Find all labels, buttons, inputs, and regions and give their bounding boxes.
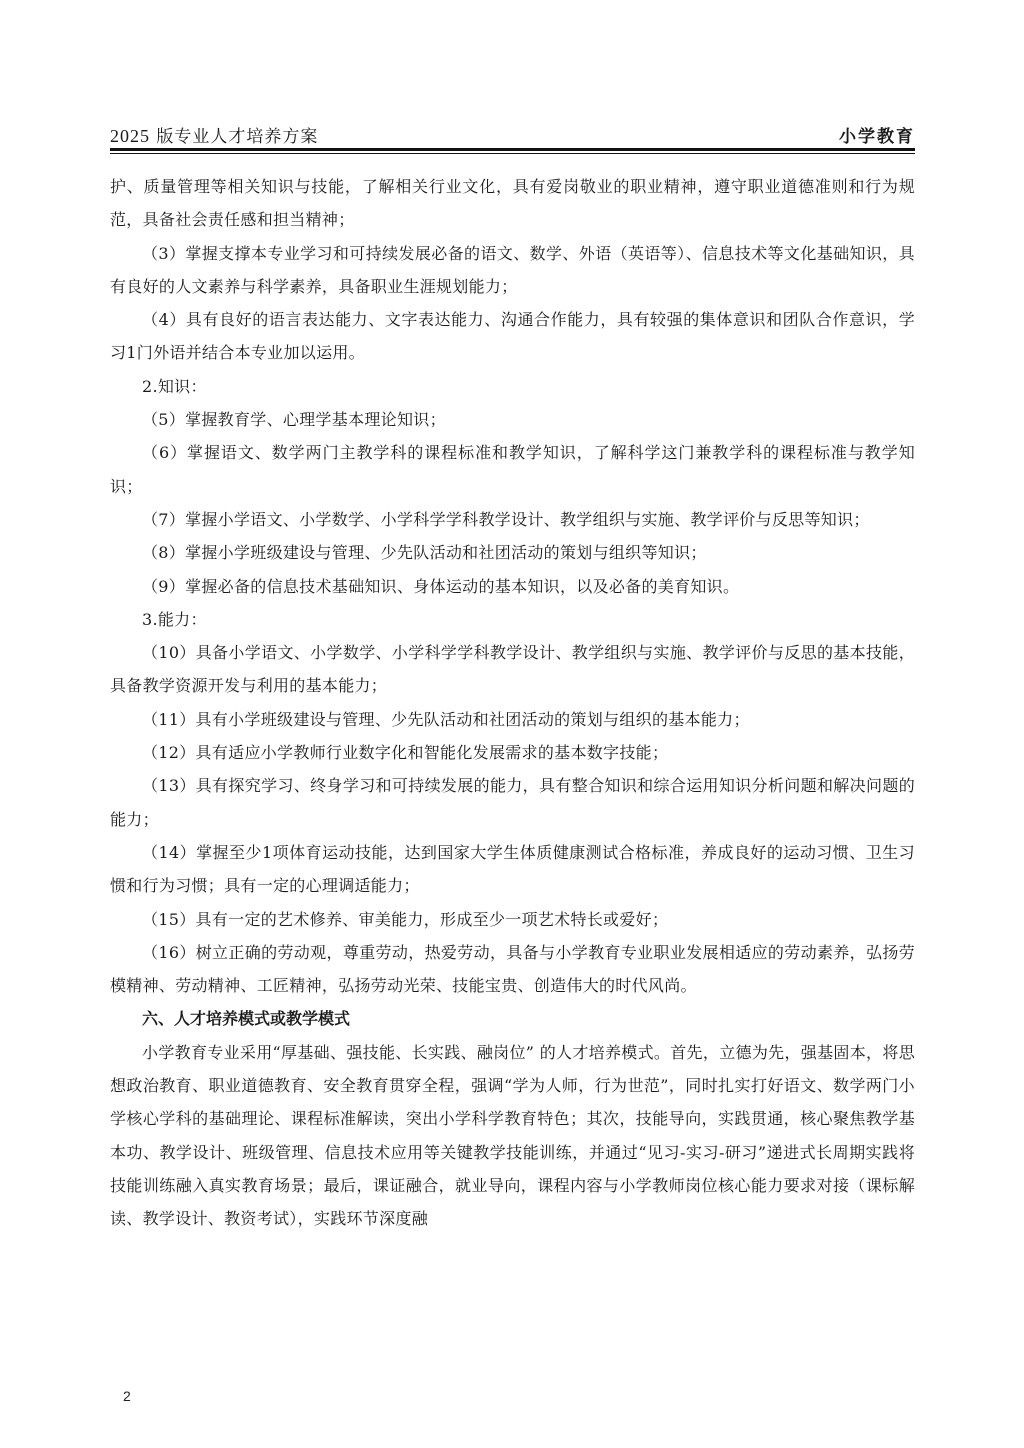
list-item-4: （4）具有良好的语言表达能力、文字表达能力、沟通合作能力，具有较强的集体意识和团… bbox=[110, 303, 915, 370]
list-item-15: （15）具有一定的艺术修养、审美能力，形成至少一项艺术特长或爱好； bbox=[110, 903, 915, 936]
page-body: 护、质量管理等相关知识与技能，了解相关行业文化，具有爱岗敬业的职业精神，遵守职业… bbox=[110, 170, 915, 1236]
header-major-name: 小学教育 bbox=[839, 122, 915, 147]
section-6-paragraph: 小学教育专业采用“厚基础、强技能、长实践、融岗位” 的人才培养模式。首先，立德为… bbox=[110, 1036, 915, 1236]
list-item-14: （14）掌握至少1项体育运动技能，达到国家大学生体质健康测试合格标准，养成良好的… bbox=[110, 836, 915, 903]
list-item-6: （6）掌握语文、数学两门主教学科的课程标准和教学知识，了解科学这门兼教学科的课程… bbox=[110, 436, 915, 503]
section-heading-6: 六、人才培养模式或教学模式 bbox=[110, 1002, 915, 1035]
list-item-5: （5）掌握教育学、心理学基本理论知识； bbox=[110, 403, 915, 436]
header-rule-thin bbox=[110, 153, 915, 154]
header-rule-thick bbox=[110, 148, 915, 151]
page-number: 2 bbox=[123, 1388, 131, 1404]
list-item-16: （16）树立正确的劳动观，尊重劳动，热爱劳动，具备与小学教育专业职业发展相适应的… bbox=[110, 936, 915, 1003]
list-item-3: （3）掌握支撑本专业学习和可持续发展必备的语文、数学、外语（英语等）、信息技术等… bbox=[110, 237, 915, 304]
subsection-knowledge: 2.知识： bbox=[110, 370, 915, 403]
list-item-13: （13）具有探究学习、终身学习和可持续发展的能力，具有整合知识和综合运用知识分析… bbox=[110, 769, 915, 836]
list-item-11: （11）具有小学班级建设与管理、少先队活动和社团活动的策划与组织的基本能力； bbox=[110, 703, 915, 736]
list-item-7: （7）掌握小学语文、小学数学、小学科学学科教学设计、教学组织与实施、教学评价与反… bbox=[110, 503, 915, 536]
running-header: 2025 版专业人才培养方案 小学教育 bbox=[110, 122, 915, 148]
header-document-title: 2025 版专业人才培养方案 bbox=[110, 122, 318, 147]
header-year: 2025 bbox=[110, 126, 150, 146]
list-item-12: （12）具有适应小学教师行业数字化和智能化发展需求的基本数字技能； bbox=[110, 736, 915, 769]
list-item-10: （10）具备小学语文、小学数学、小学科学学科教学设计、教学组织与实施、教学评价与… bbox=[110, 636, 915, 703]
list-item-8: （8）掌握小学班级建设与管理、少先队活动和社团活动的策划与组织等知识； bbox=[110, 536, 915, 569]
subsection-ability: 3.能力： bbox=[110, 603, 915, 636]
list-item-9: （9）掌握必备的信息技术基础知识、身体运动的基本知识，以及必备的美育知识。 bbox=[110, 570, 915, 603]
paragraph-continuation: 护、质量管理等相关知识与技能，了解相关行业文化，具有爱岗敬业的职业精神，遵守职业… bbox=[110, 170, 915, 237]
header-title: 版专业人才培养方案 bbox=[156, 127, 318, 147]
